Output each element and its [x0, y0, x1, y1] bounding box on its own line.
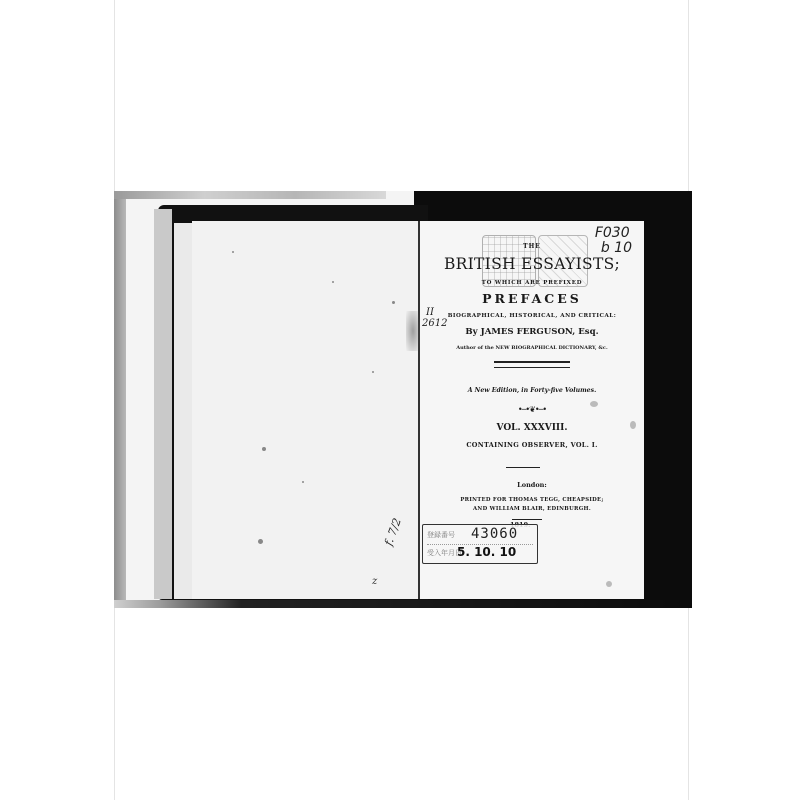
prefaces-description: BIOGRAPHICAL, HISTORICAL, AND CRITICAL:	[420, 313, 644, 319]
margin-note-z: z	[372, 576, 377, 587]
paper-speck	[232, 251, 234, 253]
accession-date: 5. 10. 10	[457, 545, 516, 559]
title-page: F030 b 10 II 2612 THE BRITISH ESSAYISTS;…	[420, 221, 644, 599]
short-rule-divider-2	[512, 519, 542, 520]
title-article: THE	[420, 243, 644, 250]
imprint-printer-line-1: PRINTED FOR THOMAS TEGG, CHEAPSIDE;	[420, 497, 644, 503]
cover-edge	[154, 209, 172, 599]
paper-speck	[606, 581, 612, 587]
author-line: By JAMES FERGUSON, Esq.	[420, 327, 644, 337]
gutter-shadow	[406, 311, 420, 351]
book-title: BRITISH ESSAYISTS;	[420, 255, 644, 273]
volume-number: VOL. XXXVIII.	[420, 423, 644, 433]
shelfmark-line-1: F030	[595, 226, 632, 241]
imprint-place: London:	[420, 481, 644, 489]
edition-statement: A New Edition, in Forty-five Volumes.	[420, 387, 644, 394]
paper-speck	[372, 371, 374, 373]
volume-contents: CONTAINING OBSERVER, VOL. I.	[420, 441, 644, 449]
author-credentials: Author of the NEW BIOGRAPHICAL DICTIONAR…	[420, 345, 644, 351]
label-row-date: 受入年月日 5. 10. 10	[427, 544, 533, 562]
prefaces-heading: PREFACES	[420, 291, 644, 306]
handwritten-shelfmark: F030 b 10	[595, 226, 632, 256]
paper-speck	[392, 301, 395, 304]
paper-speck	[302, 481, 304, 483]
imprint-printer-line-2: AND WILLIAM BLAIR, EDINBURGH.	[420, 506, 644, 512]
paper-speck	[630, 421, 636, 429]
label-row-accession: 登録番号 43060	[427, 526, 533, 545]
accession-number: 43060	[471, 526, 518, 542]
paper-speck	[258, 539, 263, 544]
backboard-top-strip	[114, 191, 386, 199]
library-accession-label: 登録番号 43060 受入年月日 5. 10. 10	[422, 524, 538, 564]
backboard-edge	[114, 191, 126, 608]
title-subtitle: TO WHICH ARE PREFIXED	[420, 280, 644, 286]
paper-speck	[590, 401, 598, 407]
short-rule-divider	[506, 467, 540, 468]
paper-speck	[262, 447, 266, 451]
paper-speck	[332, 281, 334, 283]
scanned-book-spread: z f. 7/2 F030 b 10 II 2612 THE BRITISH E…	[114, 191, 692, 608]
double-rule-divider	[494, 361, 570, 368]
accession-tag: 登録番号	[427, 530, 455, 540]
bottom-edge-strip	[114, 600, 692, 608]
printers-ornament: •─•❦•─•	[420, 405, 644, 414]
